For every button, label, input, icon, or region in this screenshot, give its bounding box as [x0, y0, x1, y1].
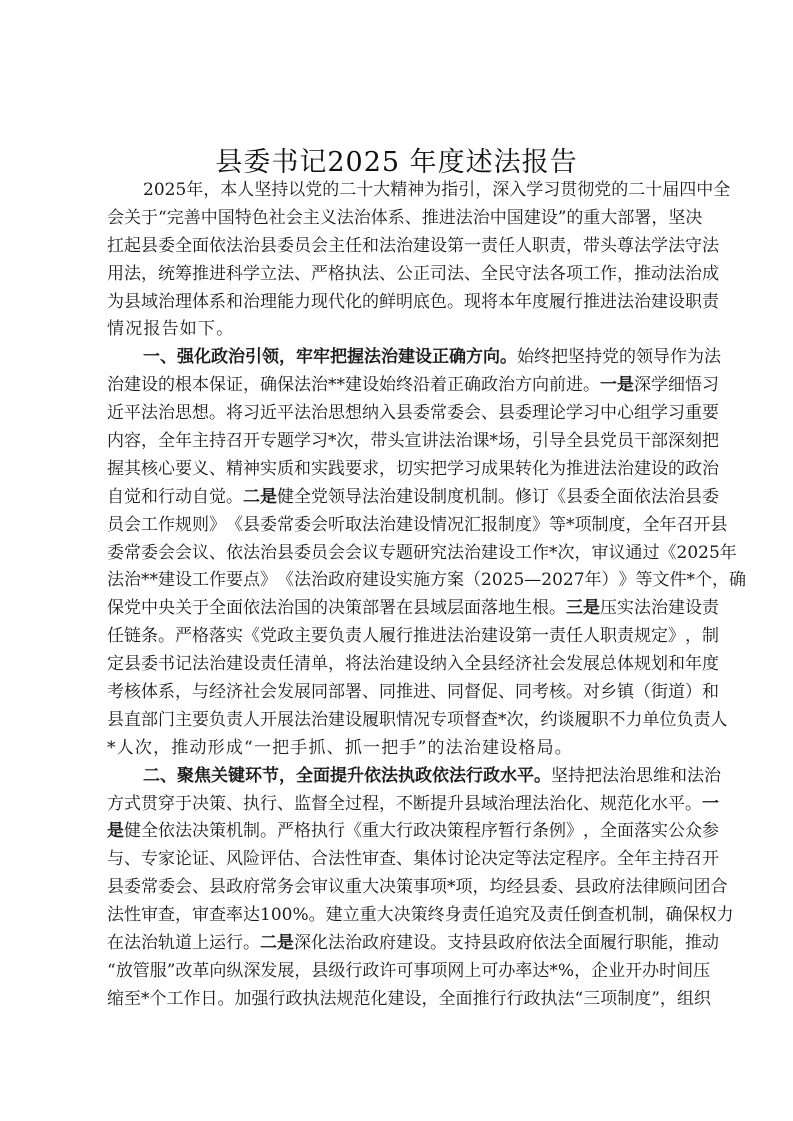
text-line: 内容，全年主持召开专题学习*次，带头宣讲法治课*场，引导全县党员干部深刻把 [107, 428, 697, 456]
text-line: 自觉和行动自觉。二是健全党领导法治建设制度机制。修订《县委全面依法治县委 [107, 484, 697, 512]
text-line: 用法，统筹推进科学立法、严格执法、公正司法、全民守法各项工作，推动法治成 [107, 261, 697, 289]
text-line: 近平法治思想。将习近平法治思想纳入县委常委会、县委理论学习中心组学习重要 [107, 400, 697, 428]
text-line: 与、专家论证、风险评估、合法性审查、集体讨论决定等法定程序。全年主持召开 [107, 846, 697, 874]
text-line: 情况报告如下。 [107, 316, 697, 344]
text-line: 法治**建设工作要点》《法治政府建设实施方案（2025—2027 年）》等文件*… [107, 567, 697, 595]
text-line: 考核体系，与经济社会发展同部署、同推进、同督促、同考核。对乡镇（街道）和 [107, 679, 697, 707]
text-line: 在法治轨道上运行。二是深化法治政府建设。支持县政府依法全面履行职能，推动 [107, 930, 697, 958]
text-line: 法性审查，审查率达 100%。建立重大决策终身责任追究及责任倒查机制，确保权力 [107, 902, 697, 930]
document-title: 县委书记2025 年度述法报告 [0, 140, 793, 179]
text-line: 一、强化政治引领，牢牢把握法治建设正确方向。始终把坚持党的领导作为法 [107, 344, 697, 372]
text-line: 员会工作规则》《县委常委会听取法治建设情况汇报制度》等*项制度，全年召开县 [107, 512, 697, 540]
text-line: 2025 年，本人坚持以党的二十大精神为指引，深入学习贯彻党的二十届四中全 [107, 177, 697, 205]
text-line: 任链条。严格落实《党政主要负责人履行推进法治建设第一责任人职责规定》，制 [107, 623, 697, 651]
document-body: 2025 年，本人坚持以党的二十大精神为指引，深入学习贯彻党的二十届四中全会关于… [107, 177, 697, 1014]
text-line: 握其核心要义、精神实质和实践要求，切实把学习成果转化为推进法治建设的政治 [107, 456, 697, 484]
document-page: 县委书记2025 年度述法报告 2025 年，本人坚持以党的二十大精神为指引，深… [0, 0, 793, 1121]
text-line: 缩至*个工作日。加强行政执法规范化建设，全面推行行政执法“三项制度”，组织 [107, 986, 697, 1014]
text-line: “放管服”改革向纵深发展，县级行政许可事项网上可办率达*%，企业开办时间压 [107, 958, 697, 986]
text-line: *人次，推动形成“一把手抓、抓一把手”的法治建设格局。 [107, 735, 697, 763]
text-line: 定县委书记法治建设责任清单，将法治建设纳入全县经济社会发展总体规划和年度 [107, 651, 697, 679]
text-line: 是健全依法决策机制。严格执行《重大行政决策程序暂行条例》，全面落实公众参 [107, 818, 697, 846]
text-line: 为县域治理体系和治理能力现代化的鲜明底色。现将本年度履行推进法治建设职责 [107, 289, 697, 317]
text-line: 县委常委会、县政府常务会审议重大决策事项*项，均经县委、县政府法律顾问团合 [107, 874, 697, 902]
text-line: 县直部门主要负责人开展法治建设履职情况专项督查*次，约谈履职不力单位负责人 [107, 707, 697, 735]
text-line: 会关于“完善中国特色社会主义法治体系、推进法治中国建设”的重大部署，坚决 [107, 205, 697, 233]
text-line: 扛起县委全面依法治县委员会主任和法治建设第一责任人职责，带头尊法学法守法 [107, 233, 697, 261]
text-line: 二、聚焦关键环节，全面提升依法执政依法行政水平。坚持把法治思维和法治 [107, 763, 697, 791]
text-line: 治建设的根本保证，确保法治**建设始终沿着正确政治方向前进。一是深学细悟习 [107, 372, 697, 400]
text-line: 委常委会会议、依法治县委员会会议专题研究法治建设工作*次，审议通过《2025 年 [107, 540, 697, 568]
text-line: 方式贯穿于决策、执行、监督全过程，不断提升县域治理法治化、规范化水平。一 [107, 791, 697, 819]
text-line: 保党中央关于全面依法治国的决策部署在县域层面落地生根。三是压实法治建设责 [107, 595, 697, 623]
